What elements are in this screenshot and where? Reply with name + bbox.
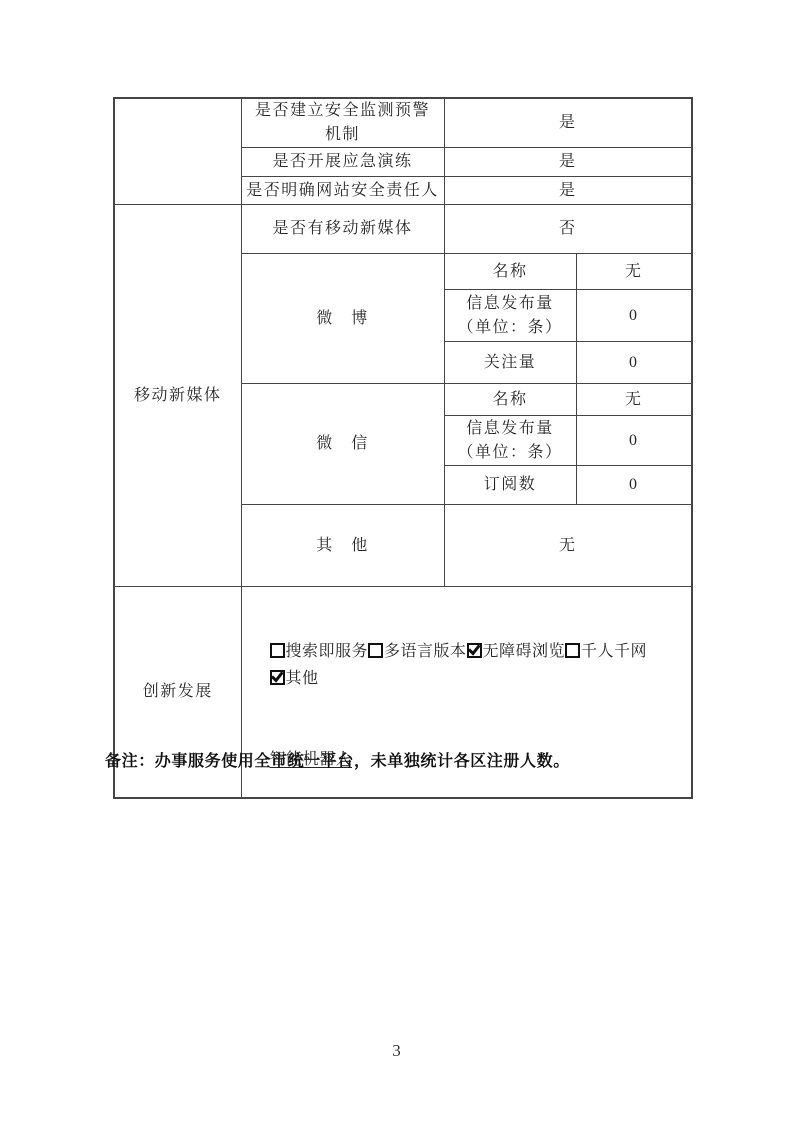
report-table-wrap: 是否建立安全监测预警 机制 是 是否开展应急演练 是 是否明确网站安全责任人 是… [113,97,693,799]
field-label: 关注量 [444,342,576,384]
section-cell-mobile-media: 移动新媒体 [114,205,241,587]
innovation-option: 其他 [270,670,319,687]
question-value: 是 [444,148,692,177]
checkbox-icon[interactable] [565,643,580,658]
option-label: 无障碍浏览 [483,643,566,660]
field-label: 信息发布量 （单位：条） [444,416,576,466]
other-media-label: 其 他 [241,505,444,587]
field-label: 订阅数 [444,466,576,505]
checkbox-icon[interactable] [270,643,285,658]
section-cell-empty [114,98,241,205]
report-table: 是否建立安全监测预警 机制 是 是否开展应急演练 是 是否明确网站安全责任人 是… [113,97,693,799]
field-value: 0 [576,290,692,342]
question-value: 是 [444,177,692,205]
field-value: 0 [576,342,692,384]
question-value: 是 [444,98,692,148]
option-label: 其他 [286,670,319,687]
weibo-cell: 微 博 [241,254,444,384]
field-label: 名称 [444,384,576,416]
page-number: 3 [0,1041,793,1061]
remark-note: 备注：办事服务使用全市统一平台，未单独统计各区注册人数。 [105,748,570,771]
field-value: 0 [576,416,692,466]
field-label: 信息发布量 （单位：条） [444,290,576,342]
option-label: 多语言版本 [384,643,467,660]
innovation-option: 千人千网 [565,643,647,660]
option-label: 千人千网 [581,643,647,660]
other-media-value: 无 [444,505,692,587]
question-label: 是否开展应急演练 [241,148,444,177]
question-label: 是否建立安全监测预警 机制 [241,98,444,148]
innovation-option: 无障碍浏览 [467,643,566,660]
check-icon [468,644,480,656]
table-row: 移动新媒体 是否有移动新媒体 否 [114,205,692,254]
field-value: 无 [576,254,692,290]
innovation-option: 搜索即服务 [270,643,369,660]
checkbox-icon[interactable] [270,670,285,685]
wechat-cell: 微 信 [241,384,444,505]
field-value: 无 [576,384,692,416]
question-label: 是否明确网站安全责任人 [241,177,444,205]
document-page: 是否建立安全监测预警 机制 是 是否开展应急演练 是 是否明确网站安全责任人 是… [0,0,793,1122]
question-value: 否 [444,205,692,254]
checkbox-icon[interactable] [467,643,482,658]
question-label: 是否有移动新媒体 [241,205,444,254]
table-row: 是否建立安全监测预警 机制 是 [114,98,692,148]
check-icon [271,671,283,683]
innovation-option: 多语言版本 [368,643,467,660]
option-label: 搜索即服务 [286,643,369,660]
field-value: 0 [576,466,692,505]
field-label: 名称 [444,254,576,290]
checkbox-icon[interactable] [368,643,383,658]
